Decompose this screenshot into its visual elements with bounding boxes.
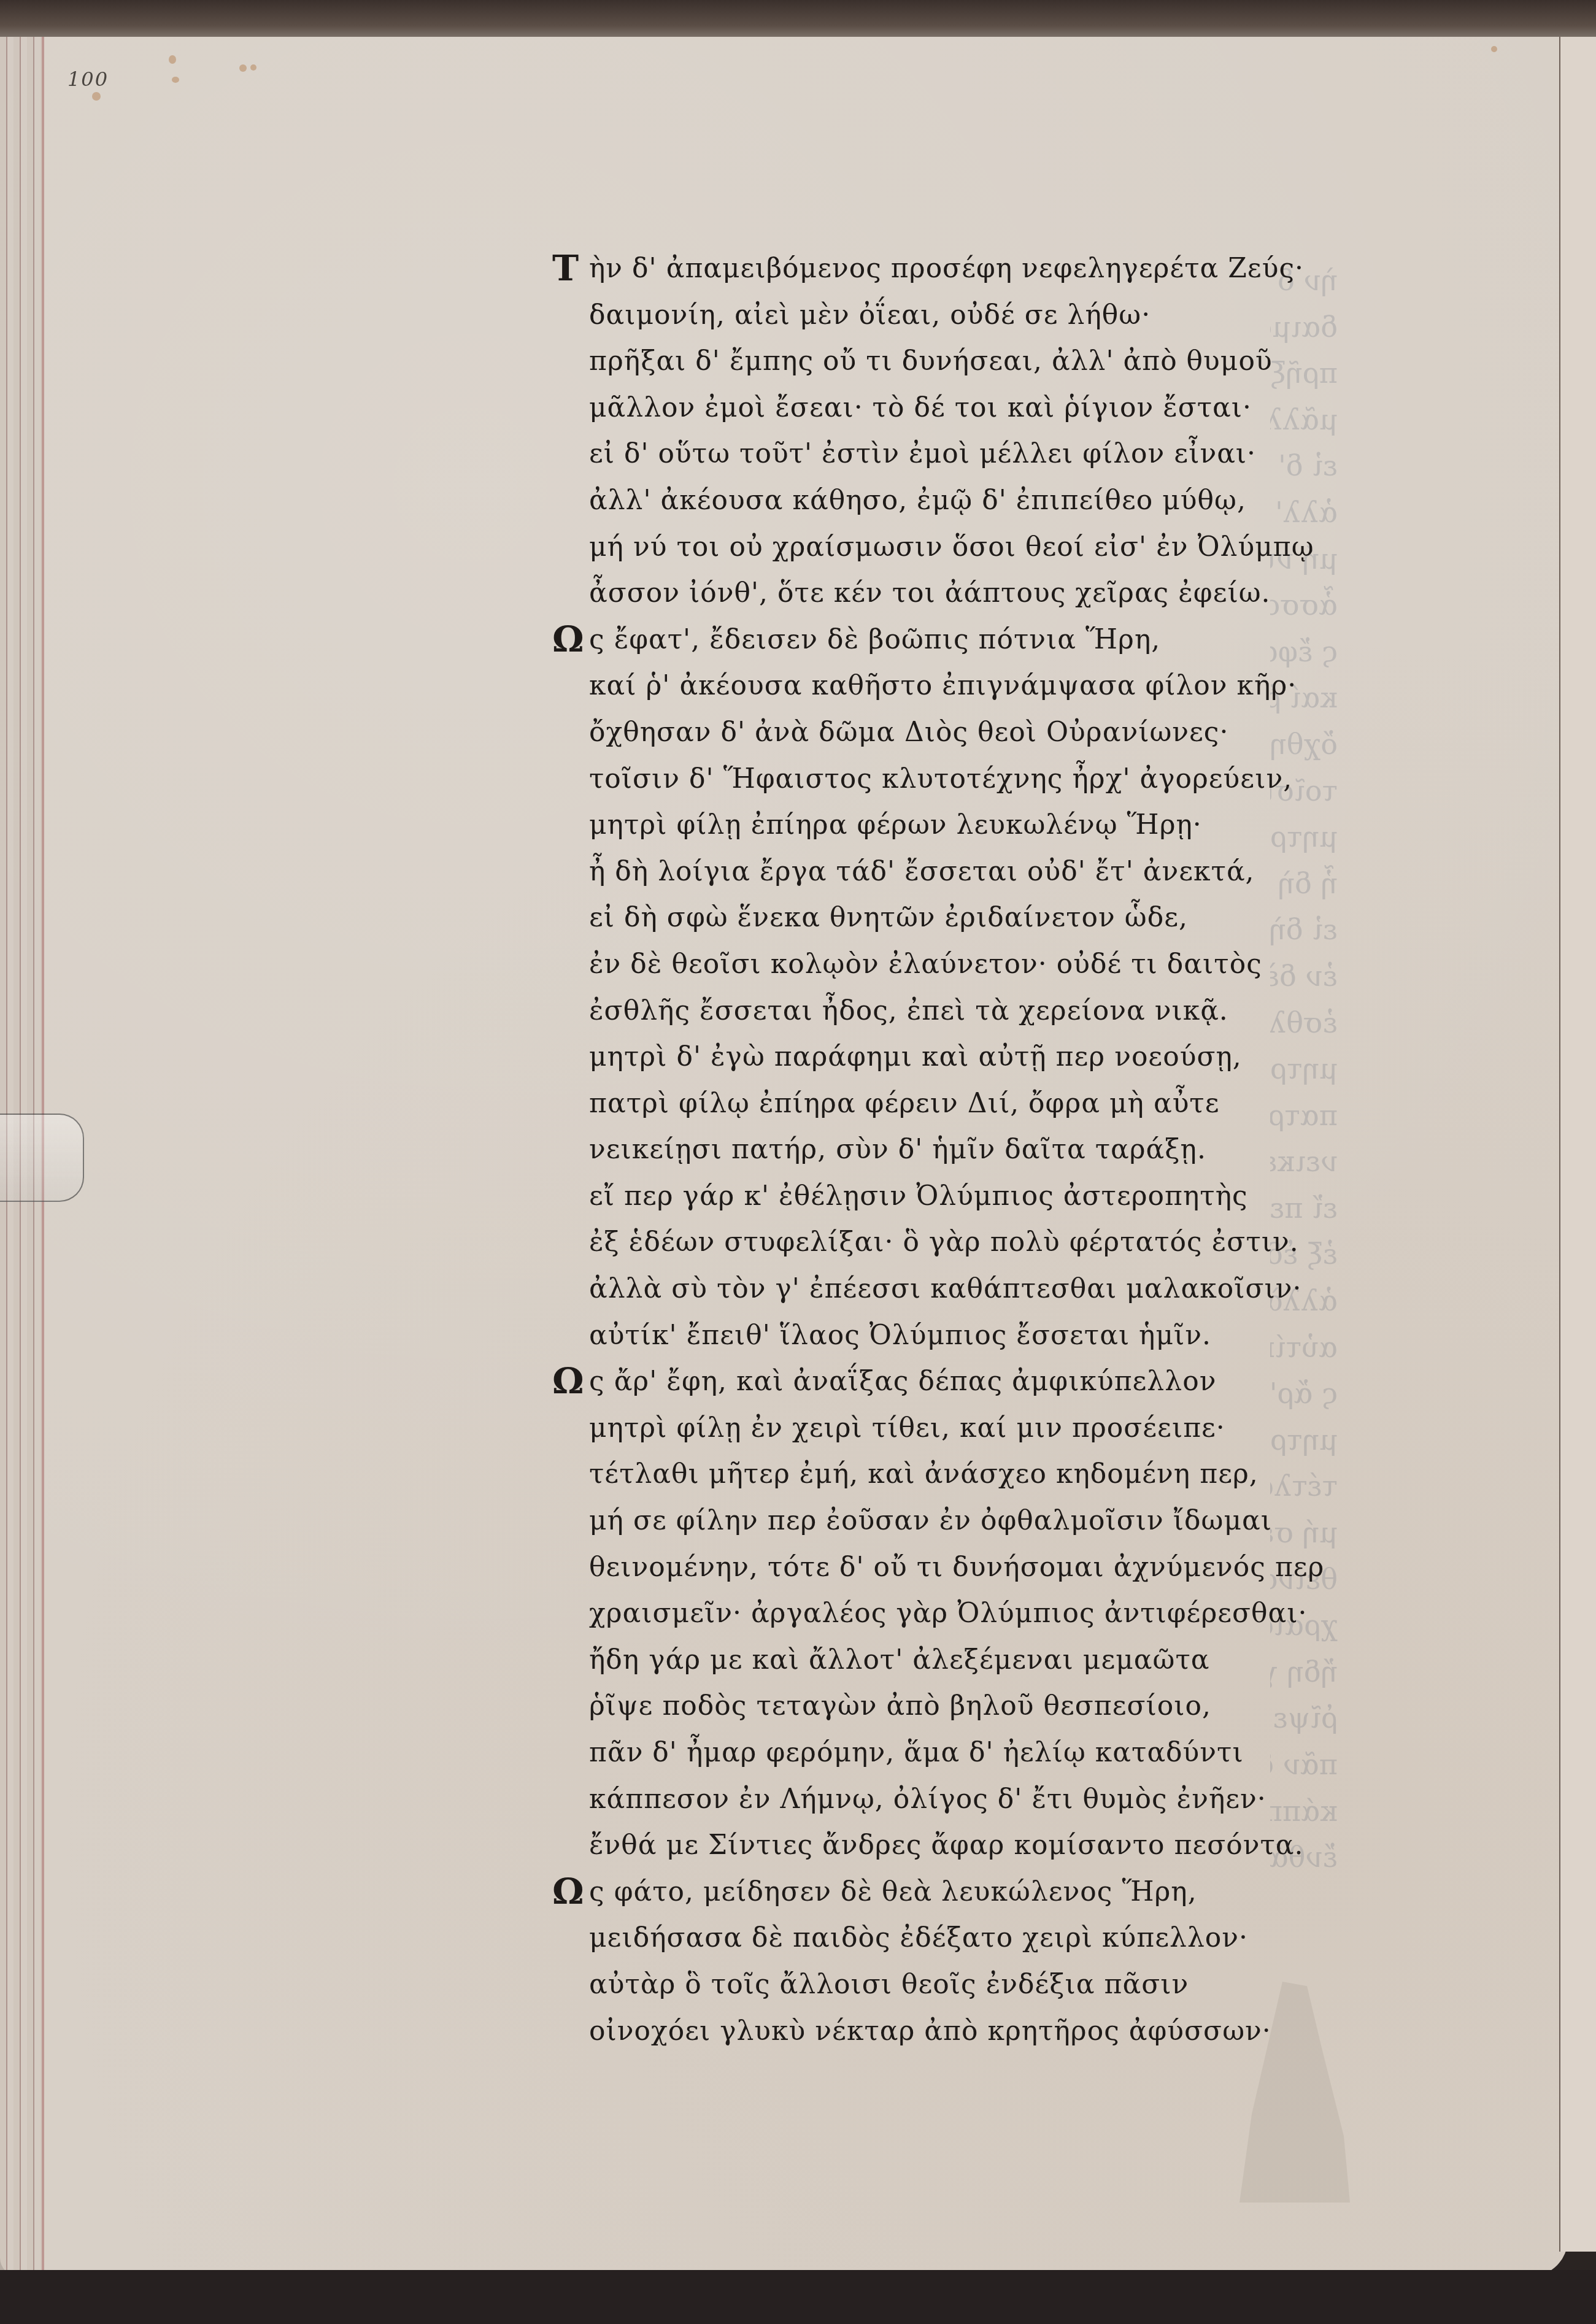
text-line: Τὴν δ' ἀπαμειβόμενος προσέφη νεφεληγερέτ… [552, 245, 1350, 292]
text-line: ῥῖψε ποδὸς τεταγὼν ἀπὸ βηλοῦ θεσπεσίοιο, [552, 1683, 1350, 1730]
text-line: κάππεσον ἐν Λήμνῳ, ὀλίγος δ' ἔτι θυμὸς ἐ… [552, 1776, 1350, 1823]
text-line: τοῖσιν δ' Ἥφαιστος κλυτοτέχνης ἦρχ' ἀγορ… [552, 756, 1350, 802]
text-line: Ως φάτο, μείδησεν δὲ θεὰ λευκώλενος Ἥρη, [552, 1869, 1350, 1915]
foxing-spot [1491, 46, 1497, 52]
text-line: ἤδη γάρ με καὶ ἄλλοτ' ἀλεξέμεναι μεμαῶτα [552, 1637, 1350, 1683]
text-line: πατρὶ φίλῳ ἐπίηρα φέρειν Διί, ὄφρα μὴ αὖ… [552, 1080, 1350, 1127]
text-line: ἐσθλῆς ἔσσεται ἦδος, ἐπεὶ τὰ χερείονα νι… [552, 988, 1350, 1034]
text-line: μᾶλλον ἐμοὶ ἔσεαι· τὸ δέ τοι καὶ ῥίγιον … [552, 385, 1350, 431]
text-line: Ως ἔφατ', ἔδεισεν δὲ βοῶπις πότνια Ἥρη, [552, 617, 1350, 663]
text-line: μητρὶ δ' ἐγὼ παράφημι καὶ αὐτῇ περ νοεού… [552, 1034, 1350, 1080]
foxing-spot [250, 64, 256, 71]
text-line: δαιμονίη, αἰεὶ μὲν ὀΐεαι, οὐδέ σε λήθω· [552, 292, 1350, 339]
text-line: τέτλαθι μῆτερ ἐμή, καὶ ἀνάσχεο κηδομένη … [552, 1451, 1350, 1498]
folio-page-number: 100 [67, 67, 109, 91]
text-line: ἔνθά με Σίντιες ἄνδρες ἄφαρ κομίσαντο πε… [552, 1822, 1350, 1869]
initial-capital: Ω [552, 1869, 585, 1915]
text-line: ἆσσον ἰόνθ', ὅτε κέν τοι ἀάπτους χεῖρας … [552, 570, 1350, 617]
text-line: Ως ἄρ' ἔφη, καὶ ἀναΐξας δέπας ἀμφικύπελλ… [552, 1358, 1350, 1405]
text-line: ἦ δὴ λοίγια ἔργα τάδ' ἔσσεται οὐδ' ἔτ' ἀ… [552, 848, 1350, 895]
foxing-spot [92, 92, 101, 101]
text-line: ἐξ ἑδέων στυφελίξαι· ὃ γὰρ πολὺ φέρτατός… [552, 1219, 1350, 1266]
text-line: ἀλλ' ἀκέουσα κάθησο, ἐμῷ δ' ἐπιπείθεο μύ… [552, 477, 1350, 524]
text-line: ἀλλὰ σὺ τὸν γ' ἐπέεσσι καθάπτεσθαι μαλακ… [552, 1266, 1350, 1312]
text-line: μητρὶ φίλῃ ἐπίηρα φέρων λευκωλένῳ Ἥρῃ· [552, 802, 1350, 848]
text-line: μή σε φίλην περ ἐοῦσαν ἐν ὀφθαλμοῖσιν ἴδ… [552, 1498, 1350, 1544]
foxing-spot [239, 64, 247, 72]
foxing-spot [172, 77, 179, 83]
text-line: καί ῥ' ἀκέουσα καθῆστο ἐπιγνάμψασα φίλον… [552, 663, 1350, 709]
text-line: θεινομένην, τότε δ' οὔ τι δυνήσομαι ἀχνύ… [552, 1544, 1350, 1591]
text-line: αὐτίκ' ἔπειθ' ἵλαος Ὀλύμπιος ἔσσεται ἡμῖ… [552, 1312, 1350, 1359]
text-line: ὄχθησαν δ' ἀνὰ δῶμα Διὸς θεοὶ Οὐρανίωνες… [552, 709, 1350, 756]
text-line: πᾶν δ' ἦμαρ φερόμην, ἅμα δ' ἠελίῳ καταδύ… [552, 1730, 1350, 1776]
text-line: εἴ περ γάρ κ' ἐθέλῃσιν Ὀλύμπιος ἀστεροπη… [552, 1173, 1350, 1220]
initial-capital: Ω [552, 617, 585, 663]
plastic-page-clip [0, 1114, 84, 1202]
text-line: αὐτὰρ ὃ τοῖς ἄλλοισι θεοῖς ἐνδέξια πᾶσιν [552, 1961, 1350, 2008]
greek-text-block: Τὴν δ' ἀπαμειβόμενος προσέφη νεφεληγερέτ… [552, 245, 1350, 2054]
text-line: οἰνοχόει γλυκὺ νέκταρ ἀπὸ κρητῆρος ἀφύσσ… [552, 2008, 1350, 2055]
text-line: μητρὶ φίλῃ ἐν χειρὶ τίθει, καί μιν προσέ… [552, 1405, 1350, 1452]
text-line: νεικείῃσι πατήρ, σὺν δ' ἡμῖν δαῖτα ταράξ… [552, 1126, 1350, 1173]
book-bottom-edge [0, 2270, 1596, 2324]
initial-capital: Τ [552, 245, 579, 292]
text-line: χραισμεῖν· ἀργαλέος γὰρ Ὀλύμπιος ἀντιφέρ… [552, 1590, 1350, 1637]
text-line: εἰ δὴ σφὼ ἕνεκα θνητῶν ἐριδαίνετον ὧδε, [552, 895, 1350, 941]
right-page-fold [1559, 37, 1596, 2252]
initial-capital: Ω [552, 1358, 585, 1405]
text-line: ἐν δὲ θεοῖσι κολῳὸν ἐλαύνετον· οὐδέ τι δ… [552, 941, 1350, 988]
text-line: πρῆξαι δ' ἔμπης οὔ τι δυνήσεαι, ἀλλ' ἀπὸ… [552, 338, 1350, 385]
text-line: εἰ δ' οὕτω τοῦτ' ἐστὶν ἐμοὶ μέλλει φίλον… [552, 431, 1350, 477]
text-line: μειδήσασα δὲ παιδὸς ἐδέξατο χειρὶ κύπελλ… [552, 1915, 1350, 1961]
text-line: μή νύ τοι οὐ χραίσμωσιν ὅσοι θεοί εἰσ' ἐ… [552, 524, 1350, 571]
foxing-spot [169, 55, 176, 64]
